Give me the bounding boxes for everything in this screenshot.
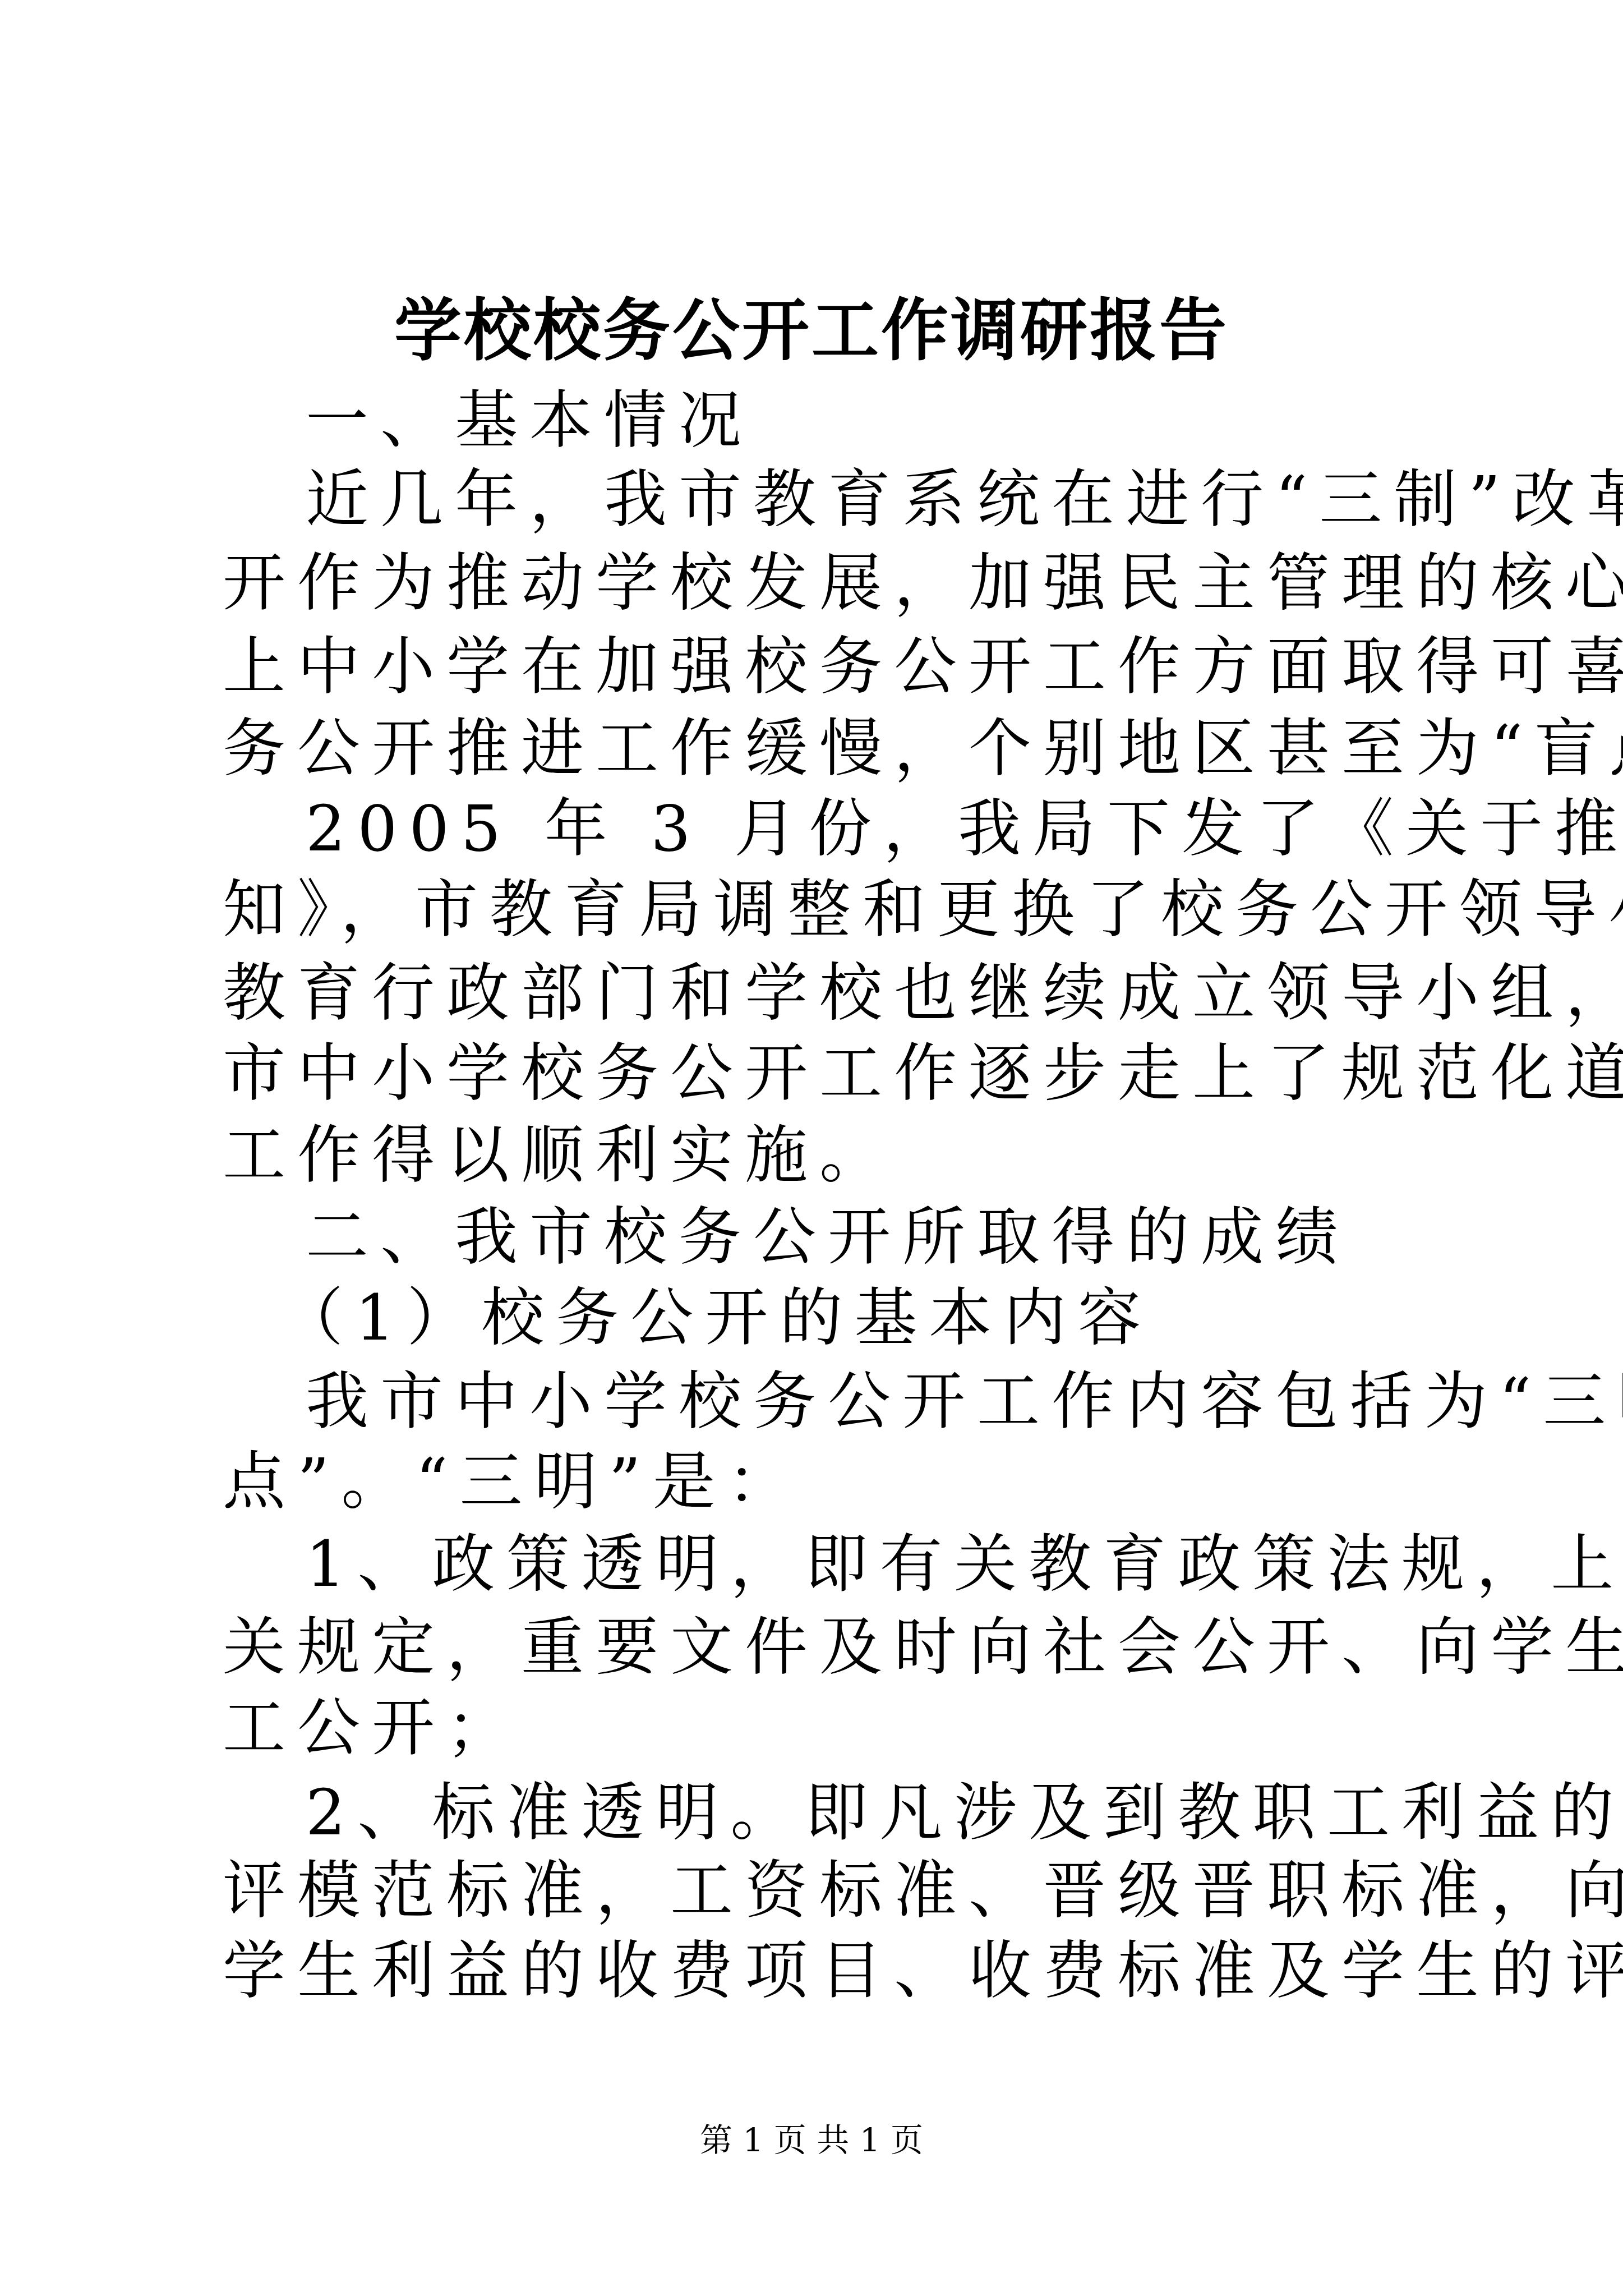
section-heading-1: 一、基本情况 bbox=[306, 381, 1423, 460]
paragraph-line: 点”。“三明”是： bbox=[223, 1443, 1423, 1521]
document-title: 学校校务公开工作调研报告 bbox=[0, 292, 1623, 370]
paragraph-line: 开作为推动学校发展，加强民主管理的核心工作，目前，乡镇以 bbox=[223, 544, 1423, 623]
paragraph-line: 教育行政部门和学校也继续成立领导小组，建立了工作机构，全 bbox=[223, 954, 1423, 1033]
paragraph-line: 1、政策透明，即有关教育政策法规，上级教育行政部门有 bbox=[306, 1525, 1423, 1604]
subsection-heading: （1）校务公开的基本内容 bbox=[280, 1279, 1481, 1358]
paragraph-line: 上中小学在加强校务公开工作方面取得可喜成绩，农牧区小学校 bbox=[223, 628, 1423, 706]
paragraph-line: 近几年，我市教育系统在进行“三制”改革同时，把校务公 bbox=[306, 461, 1423, 539]
section-heading-2: 二、我市校务公开所取得的成绩 bbox=[306, 1198, 1423, 1277]
paragraph-line: 务公开推进工作缓慢，个别地区甚至为“盲点”。 bbox=[223, 710, 1423, 788]
paragraph-line: 工作得以顺利实施。 bbox=[223, 1116, 1423, 1195]
paragraph-line: 评模范标准，工资标准、晋级晋职标准，向教职工公开；凡涉及 bbox=[223, 1852, 1423, 1930]
page-footer: 第 1 页 共 1 页 bbox=[0, 2118, 1623, 2162]
paragraph-line: 学生利益的收费项目、收费标准及学生的评优、贫困生推荐标准 bbox=[223, 1932, 1423, 2010]
paragraph-line: 2005 年 3 月份，我局下发了《关于推进校务公开意见的通 bbox=[306, 790, 1423, 868]
paragraph-line: 工公开； bbox=[223, 1689, 1423, 1768]
paragraph-line: 市中小学校务公开工作逐步走上了规范化道路，从而使校务公开 bbox=[223, 1034, 1423, 1113]
paragraph-line: 我市中小学校务公开工作内容包括为“三明”、“三务”和“三 bbox=[306, 1363, 1423, 1441]
paragraph-line: 知》，市教育局调整和更换了校务公开领导小组负责人员，各地 bbox=[223, 871, 1423, 949]
paragraph-line: 2、标准透明。即凡涉及到教职工利益的有关标准如评先进、 bbox=[306, 1774, 1423, 1852]
paragraph-line: 关规定，重要文件及时向社会公开、向学生家长公开、广大教职 bbox=[223, 1608, 1423, 1687]
